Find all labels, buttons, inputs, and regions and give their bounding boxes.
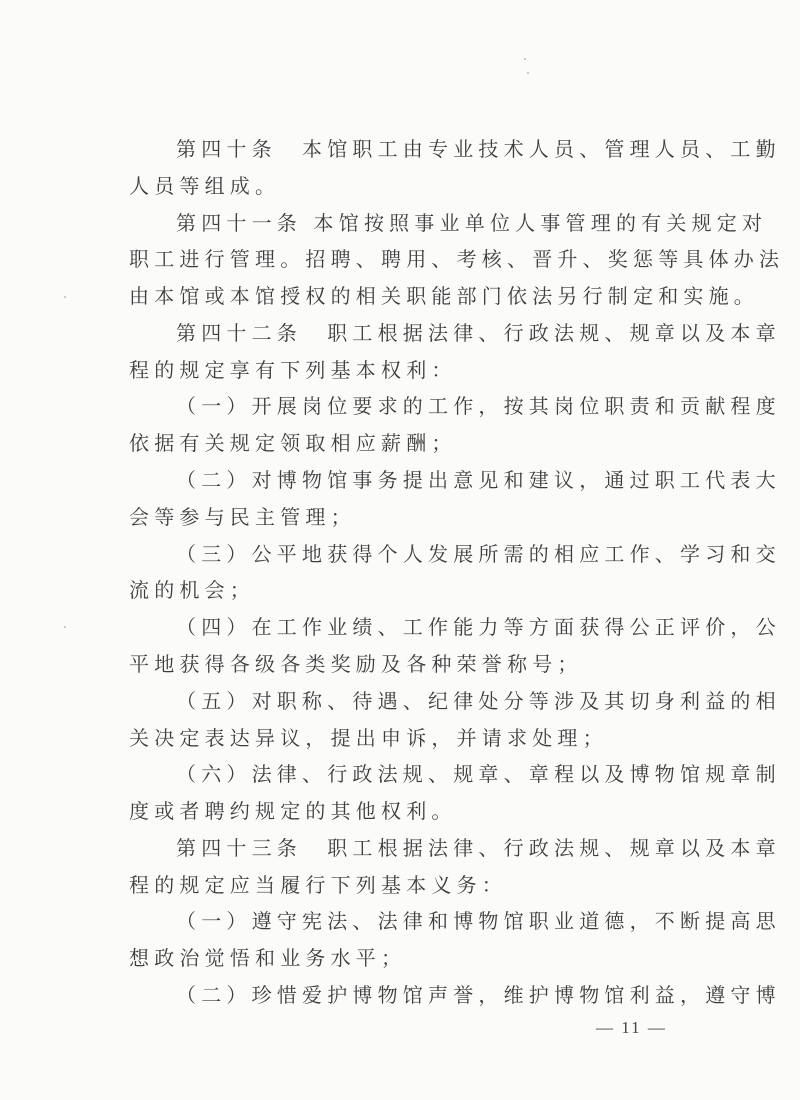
text-line: 依据有关规定领取相应薪酬； xyxy=(129,431,689,455)
text-line: 关决定表达异议，提出申诉，并请求处理； xyxy=(129,726,689,750)
text-line: 会等参与民主管理； xyxy=(129,505,689,529)
text-line: （一）开展岗位要求的工作，按其岗位职责和贡献程度 xyxy=(176,394,689,418)
document-page: 第四十条 本馆职工由专业技术人员、管理人员、工勤人员等组成。第四十一条 本馆按照… xyxy=(0,0,800,1100)
text-line: （二）珍惜爱护博物馆声誉，维护博物馆利益，遵守博 xyxy=(176,983,689,1007)
scan-speck xyxy=(524,58,526,60)
text-line: 程的规定享有下列基本权利： xyxy=(129,358,689,382)
text-line: （四）在工作业绩、工作能力等方面获得公正评价，公 xyxy=(176,615,689,639)
text-line: 程的规定应当履行下列基本义务： xyxy=(129,873,689,897)
text-line: 第四十一条 本馆按照事业单位人事管理的有关规定对 xyxy=(176,211,689,235)
text-line: （一）遵守宪法、法律和博物馆职业道德，不断提高思 xyxy=(176,909,689,933)
text-line: 第四十条 本馆职工由专业技术人员、管理人员、工勤 xyxy=(176,137,689,161)
text-line: （三）公平地获得个人发展所需的相应工作、学习和交 xyxy=(176,542,689,566)
page-number: — 11 — xyxy=(596,1018,667,1038)
scan-speck xyxy=(64,626,66,628)
scan-speck xyxy=(527,72,529,74)
text-line: 职工进行管理。招聘、聘用、考核、晋升、奖惩等具体办法 xyxy=(129,247,689,271)
text-line: （五）对职称、待遇、纪律处分等涉及其切身利益的相 xyxy=(176,689,689,713)
text-line: 第四十二条 职工根据法律、行政法规、规章以及本章 xyxy=(176,321,689,345)
text-line: 第四十三条 职工根据法律、行政法规、规章以及本章 xyxy=(176,836,689,860)
text-line: 由本馆或本馆授权的相关职能部门依法另行制定和实施。 xyxy=(129,284,689,308)
text-line: 平地获得各级各类奖励及各种荣誉称号； xyxy=(129,652,689,676)
text-line: （二）对博物馆事务提出意见和建议，通过职工代表大 xyxy=(176,468,689,492)
text-line: 想政治觉悟和业务水平； xyxy=(129,946,689,970)
text-line: （六）法律、行政法规、规章、章程以及博物馆规章制 xyxy=(176,762,689,786)
scan-speck xyxy=(64,296,66,298)
text-line: 度或者聘约规定的其他权利。 xyxy=(129,799,689,823)
text-line: 流的机会； xyxy=(129,578,689,602)
text-line: 人员等组成。 xyxy=(129,174,689,198)
